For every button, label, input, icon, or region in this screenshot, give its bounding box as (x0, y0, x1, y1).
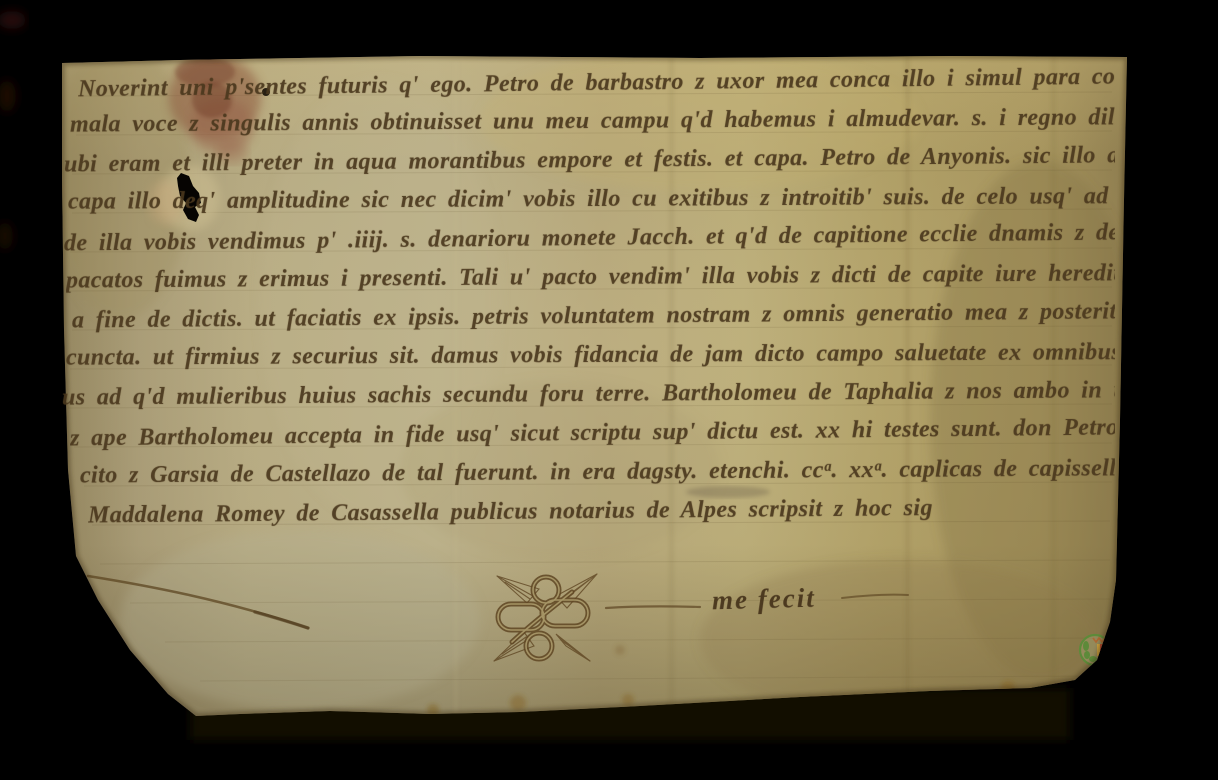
parchment-photo (0, 0, 1218, 780)
photo-stage: Noverint uni p'sentes futuris q' ego. Pe… (0, 0, 1218, 780)
signature-text: me fecit (712, 583, 816, 617)
parchment-sheet (50, 40, 1150, 740)
